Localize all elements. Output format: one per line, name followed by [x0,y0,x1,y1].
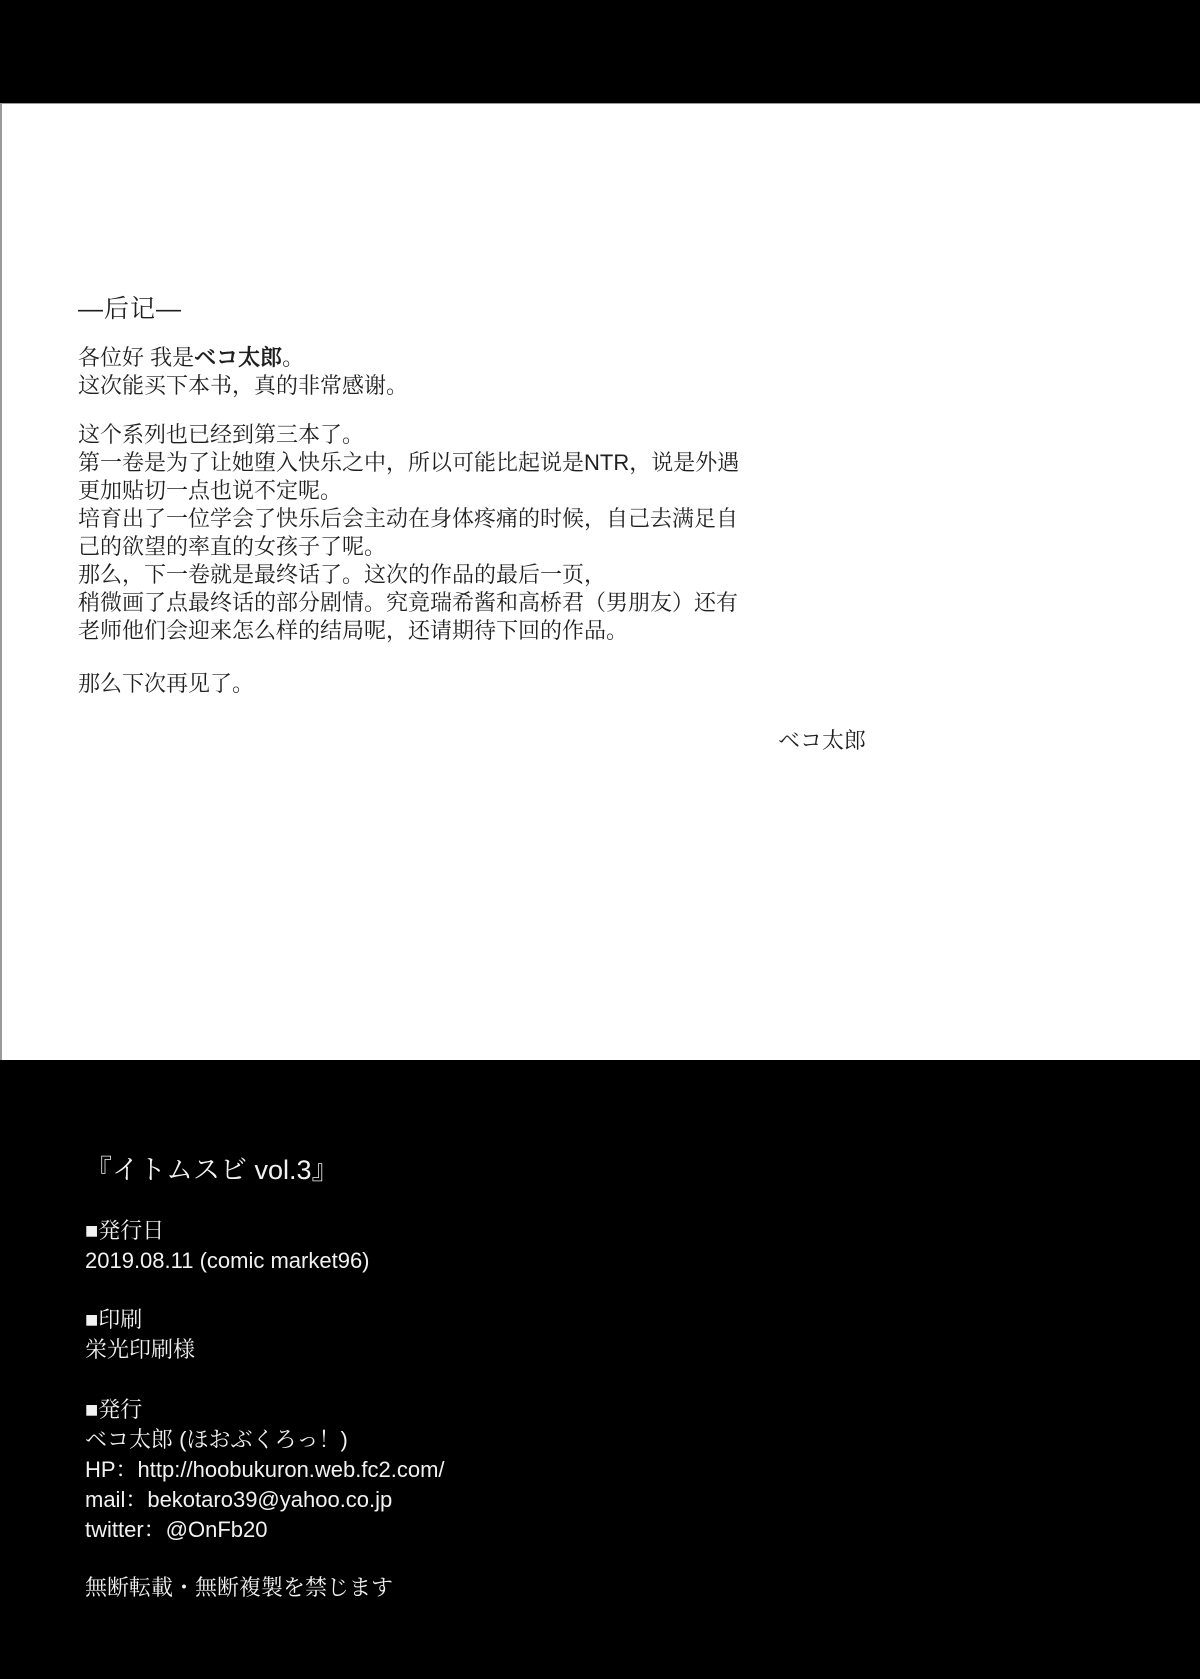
greeting-prefix: 各位好 我是 [78,345,194,370]
scanned-page-frame: —后记— 各位好 我是ベコ太郎。 这次能买下本书，真的非常感谢。 这个系列也已经… [0,0,1200,1679]
book-title: 『イトムスビ vol.3』 [85,1148,339,1187]
afterword-closing: 那么下次再见了。 [78,667,254,698]
afterword-greeting: 各位好 我是ベコ太郎。 这次能买下本书，真的非常感谢。 [78,344,408,400]
publisher-heading: ■発行 [85,1395,445,1425]
afterword-body-text: 这个系列也已经到第三本了。 第一卷是为了让她堕入快乐之中，所以可能比起说是NTR… [78,421,739,645]
publish-date-heading: ■発行日 [85,1216,370,1246]
publisher-contact-info: ベコ太郎 (ほおぶくろっ！) HP：http://hoobukuron.web.… [85,1425,445,1545]
greeting-line-2: 这次能买下本书，真的非常感谢。 [78,372,408,400]
colophon-section-publish-date: ■発行日 2019.08.11 (comic market96) [85,1216,370,1276]
afterword-page: —后记— 各位好 我是ベコ太郎。 这次能买下本书，真的非常感谢。 这个系列也已经… [0,103,1200,1060]
greeting-line-1: 各位好 我是ベコ太郎。 [78,344,408,372]
author-name: ベコ太郎 [194,345,282,370]
afterword-title: —后记— [78,289,182,325]
colophon-section-printing: ■印刷 栄光印刷様 [85,1305,195,1365]
printing-value: 栄光印刷様 [85,1335,195,1365]
printing-heading: ■印刷 [85,1305,195,1335]
afterword-signature: ベコ太郎 [778,724,866,755]
colophon: 『イトムスビ vol.3』 ■発行日 2019.08.11 (comic mar… [0,1060,1200,1679]
copyright-notice: 無断転載・無断複製を禁じます [85,1571,393,1602]
colophon-section-publisher: ■発行 ベコ太郎 (ほおぶくろっ！) HP：http://hoobukuron.… [85,1395,445,1545]
publish-date-value: 2019.08.11 (comic market96) [85,1246,370,1276]
greeting-suffix: 。 [282,345,304,370]
